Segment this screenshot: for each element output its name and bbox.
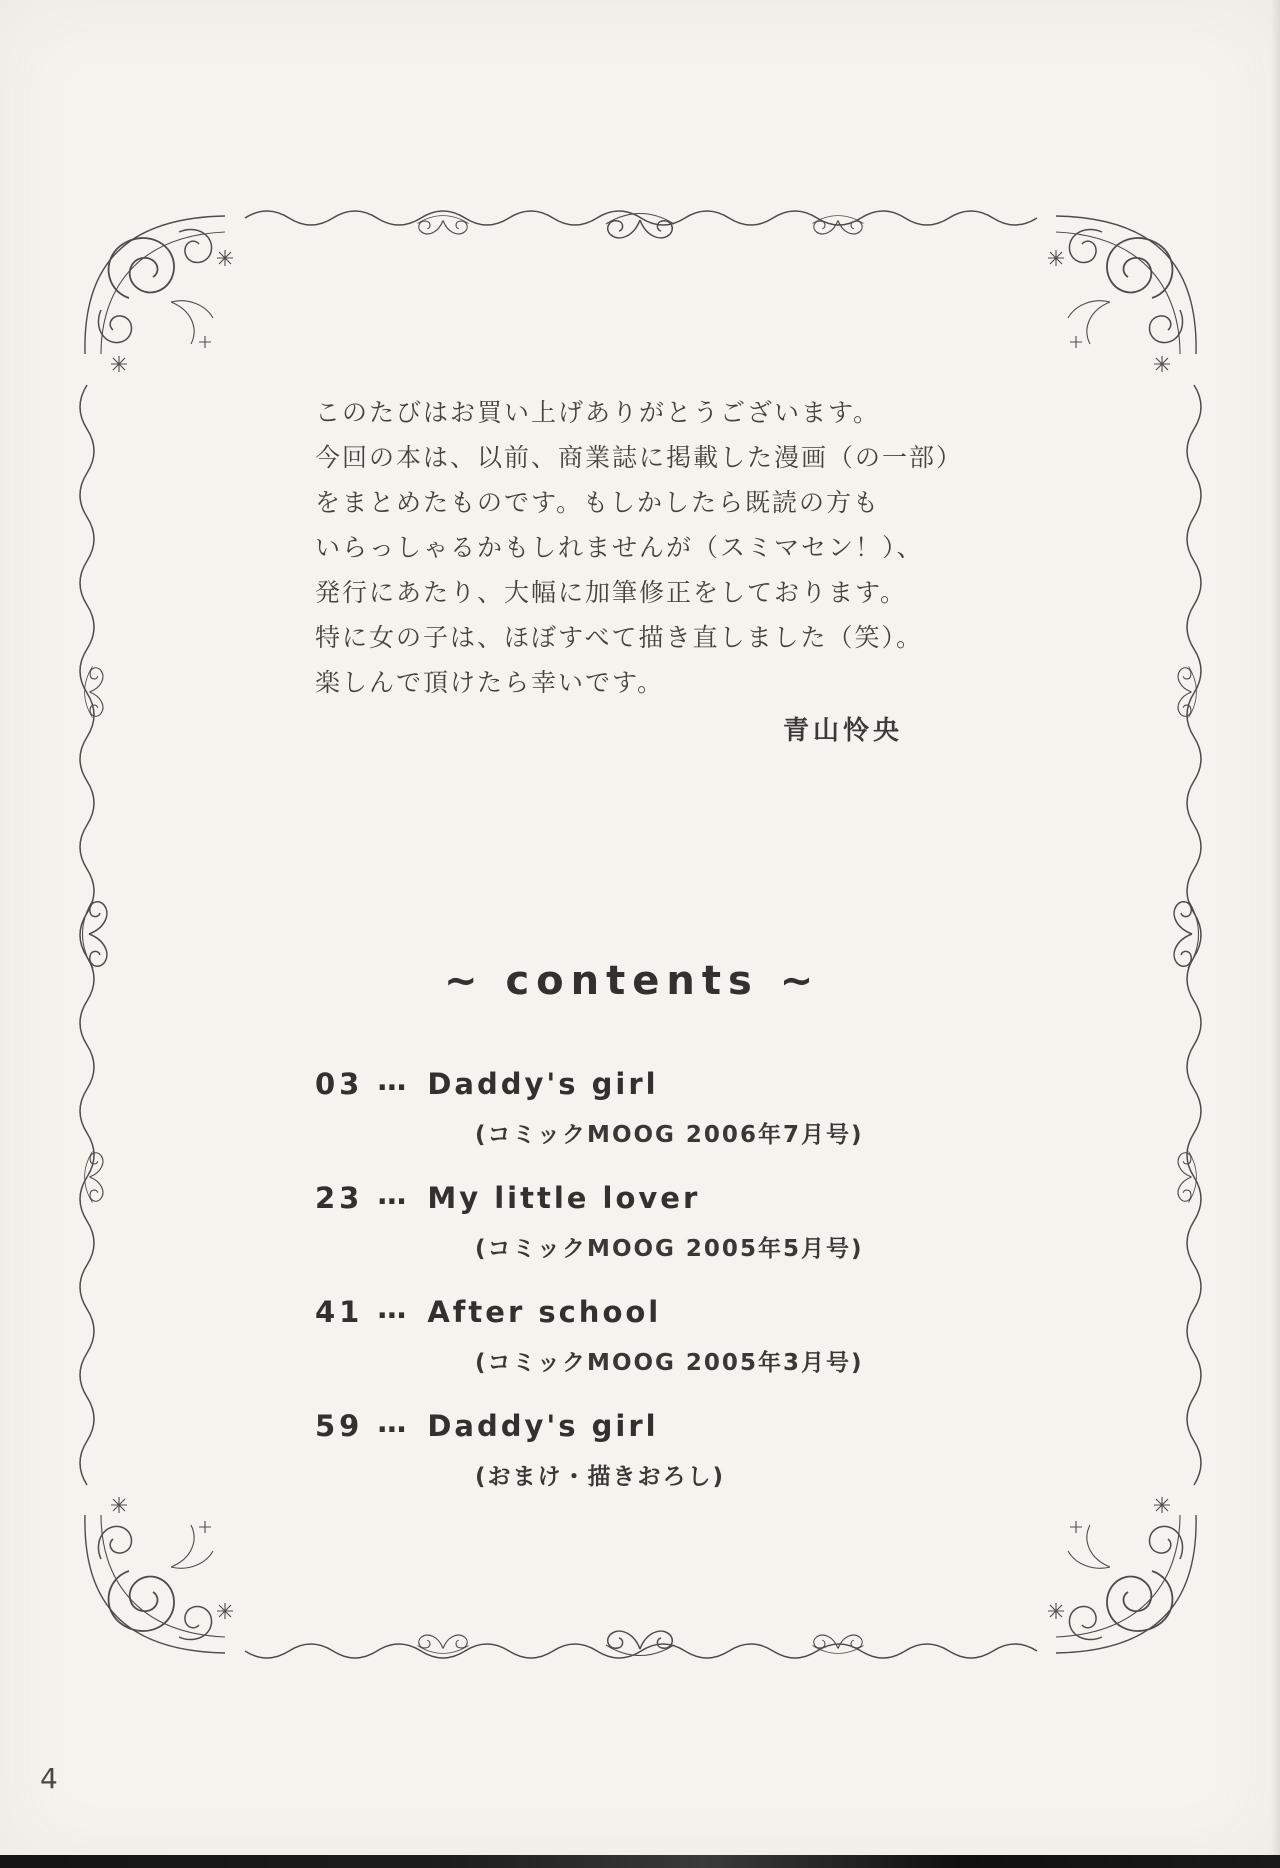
edge-flourish-right-center <box>1174 900 1198 968</box>
toc-separator: … <box>377 1290 407 1326</box>
foreword-line: 楽しんで頂けたら幸いです。 <box>315 660 935 705</box>
toc-page-number: 41 <box>315 1294 363 1330</box>
corner-flourish-top-right <box>1048 216 1196 372</box>
edge-flourish-bottom-left <box>418 1635 469 1653</box>
toc-page-number: 23 <box>315 1180 363 1216</box>
foreword-line: 発行にあたり、大幅に加筆修正をしております。 <box>315 570 935 615</box>
foreword-line: 特に女の子は、ほぼすべて描き直しました（笑）。 <box>315 615 935 660</box>
foreword-paragraph: このたびはお買い上げありがとうございます。 今回の本は、以前、商業誌に掲載した漫… <box>315 390 935 705</box>
toc-title: After school <box>427 1295 661 1329</box>
toc-title: My little lover <box>427 1181 700 1215</box>
corner-flourish-bottom-right <box>1048 1497 1196 1653</box>
toc-entry: 23…My little lover <box>315 1176 955 1216</box>
toc-item: 41…After school (コミックMOOG 2005年3月号) <box>315 1290 955 1378</box>
toc-item: 59…Daddy's girl (おまけ・描きおろし) <box>315 1404 955 1492</box>
toc-source: (コミックMOOG 2005年3月号) <box>475 1348 955 1378</box>
toc-title: Daddy's girl <box>427 1067 658 1101</box>
toc-page-number: 59 <box>315 1408 363 1444</box>
edge-flourish-left-center <box>83 900 107 968</box>
page-number: 4 <box>40 1762 58 1795</box>
toc-entry: 59…Daddy's girl <box>315 1404 955 1444</box>
toc-source: (コミックMOOG 2005年5月号) <box>475 1234 955 1264</box>
foreword-line: 今回の本は、以前、商業誌に掲載した漫画（の一部） <box>315 435 935 480</box>
contents-heading: ~ contents ~ <box>444 958 820 1004</box>
corner-flourish-top-left <box>85 216 233 372</box>
toc-page-number: 03 <box>315 1066 363 1102</box>
foreword-line: をまとめたものです。もしかしたら既読の方も <box>315 480 935 525</box>
toc-entry: 41…After school <box>315 1290 955 1330</box>
toc-title: Daddy's girl <box>427 1409 658 1443</box>
toc-entry: 03…Daddy's girl <box>315 1062 955 1102</box>
foreword-line: いらっしゃるかもしれませんが（スミマセン！）、 <box>315 525 935 570</box>
toc-source: (おまけ・描きおろし) <box>475 1462 955 1492</box>
scan-edge-shading <box>1271 0 1280 1868</box>
scan-bottom-edge <box>0 1855 1280 1868</box>
foreword-line: このたびはお買い上げありがとうございます。 <box>315 390 935 435</box>
toc-separator: … <box>377 1176 407 1212</box>
toc-separator: … <box>377 1062 407 1098</box>
author-signature: 青山怜央 <box>783 710 903 747</box>
toc-source: (コミックMOOG 2006年7月号) <box>475 1120 955 1150</box>
corner-flourish-bottom-left <box>85 1497 233 1653</box>
edge-flourish-top-left <box>418 216 469 234</box>
table-of-contents: 03…Daddy's girl (コミックMOOG 2006年7月号) 23…M… <box>315 1062 955 1518</box>
toc-item: 03…Daddy's girl (コミックMOOG 2006年7月号) <box>315 1062 955 1150</box>
toc-item: 23…My little lover (コミックMOOG 2005年5月号) <box>315 1176 955 1264</box>
toc-separator: … <box>377 1404 407 1440</box>
scanned-book-page: このたびはお買い上げありがとうございます。 今回の本は、以前、商業誌に掲載した漫… <box>0 0 1280 1868</box>
